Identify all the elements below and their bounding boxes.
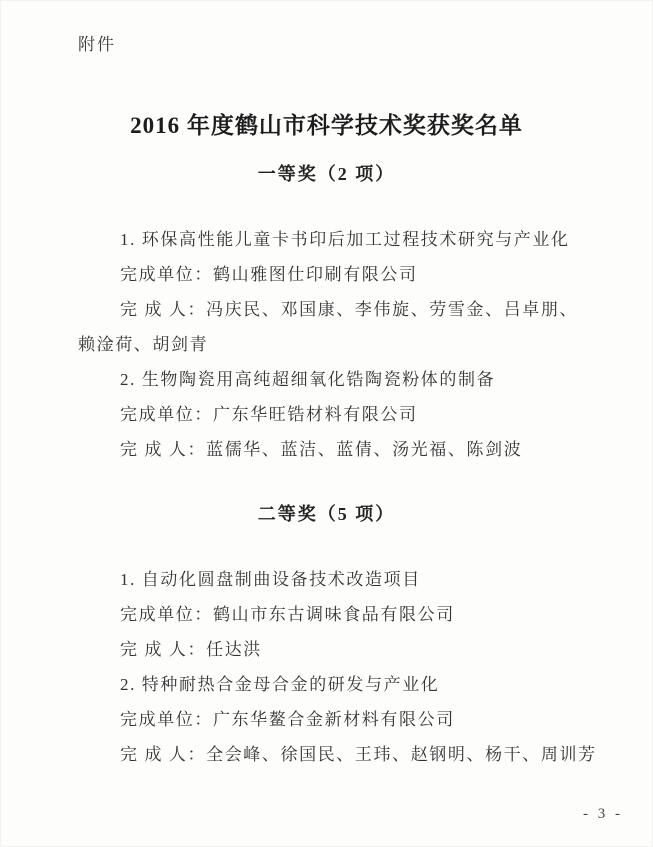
page-number: - 3 - (583, 806, 623, 823)
section-heading-second-prize: 二等奖（5 项） (0, 500, 653, 526)
section-heading-first-prize: 一等奖（2 项） (0, 160, 653, 186)
document-page: 附件 2016 年度鹤山市科学技术奖获奖名单 一等奖（2 项） 1. 环保高性能… (0, 0, 653, 847)
completing-people-line: 完 成 人：冯庆民、邓国康、李伟旋、劳雪金、吕卓朋、 (78, 292, 593, 327)
second-prize-entries: 1. 自动化圆盘制曲设备技术改造项目 完成单位：鹤山市东古调味食品有限公司 完 … (78, 562, 593, 772)
completing-unit-line: 完成单位：广东华鳌合金新材料有限公司 (78, 702, 593, 737)
attachment-label: 附件 (78, 30, 116, 55)
document-title: 2016 年度鹤山市科学技术奖获奖名单 (0, 107, 653, 140)
completing-people-line: 完 成 人：任达洪 (78, 632, 593, 667)
completing-unit-line: 完成单位：鹤山市东古调味食品有限公司 (78, 597, 593, 632)
completing-unit-line: 完成单位：鹤山雅图仕印刷有限公司 (78, 257, 593, 292)
first-prize-entries: 1. 环保高性能儿童卡书印后加工过程技术研究与产业化 完成单位：鹤山雅图仕印刷有… (78, 222, 593, 467)
completing-people-line: 完 成 人：蓝儒华、蓝洁、蓝倩、汤光福、陈剑波 (78, 432, 593, 467)
project-title-line: 2. 特种耐热合金母合金的研发与产业化 (78, 667, 593, 702)
project-title-line: 2. 生物陶瓷用高纯超细氧化锆陶瓷粉体的制备 (78, 362, 593, 397)
project-title-line: 1. 自动化圆盘制曲设备技术改造项目 (78, 562, 593, 597)
completing-unit-line: 完成单位：广东华旺锆材料有限公司 (78, 397, 593, 432)
people-wrap-line: 赖淦荷、胡剑青 (78, 327, 593, 362)
project-title-line: 1. 环保高性能儿童卡书印后加工过程技术研究与产业化 (78, 222, 593, 257)
completing-people-line: 完 成 人：全会峰、徐国民、王玮、赵钢明、杨干、周训芳 (78, 737, 593, 772)
